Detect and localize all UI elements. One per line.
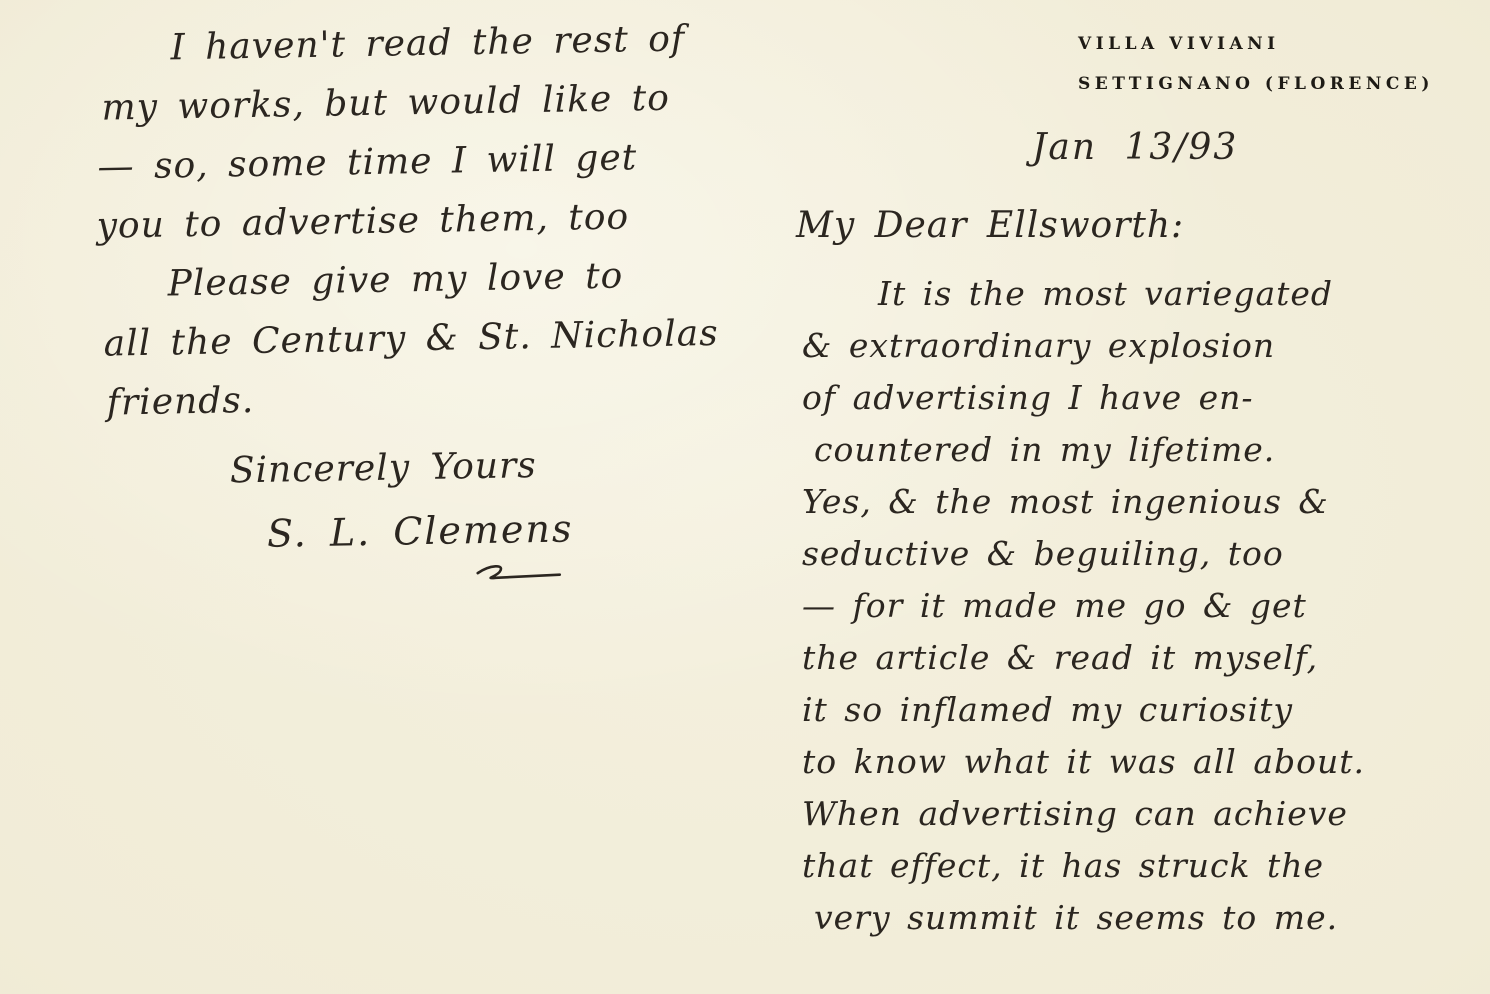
letter-line: Yes, & the most ingenious & [790, 476, 1470, 528]
letterhead: VILLA VIVIANI SETTIGNANO (FLORENCE) [790, 24, 1470, 104]
letter-left-page: I haven't read the rest of my works, but… [90, 8, 760, 596]
letter-line: all the Century & St. Nicholas [95, 303, 756, 374]
letter-line: to know what it was all about. [790, 736, 1470, 788]
letter-date: Jan 13/93 [790, 120, 1470, 176]
letterhead-villa-name: VILLA VIVIANI [1078, 24, 1470, 64]
letter-line: countered in my lifetime. [790, 424, 1470, 476]
letter-line: friends. [96, 362, 757, 433]
letter-line: the article & read it myself, [790, 632, 1470, 684]
letter-line: of advertising I have en- [790, 372, 1470, 424]
closing-valediction: Sincerely Yours [97, 431, 758, 505]
letter-body: It is the most variegated & extraordinar… [790, 268, 1470, 944]
salutation: My Dear Ellsworth: [790, 198, 1470, 254]
letter-line: very summit it seems to me. [790, 892, 1470, 944]
letter-line: that effect, it has struck the [790, 840, 1470, 892]
letterhead-location: SETTIGNANO (FLORENCE) [1078, 64, 1470, 104]
letter-line: & extraordinary explosion [790, 320, 1470, 372]
letter-line: — for it made me go & get [790, 580, 1470, 632]
letter-line: When advertising can achieve [790, 788, 1470, 840]
letter-right-page: VILLA VIVIANI SETTIGNANO (FLORENCE) Jan … [790, 24, 1470, 944]
letter-line: my works, but would like to [91, 67, 752, 138]
letter-line: It is the most variegated [790, 268, 1470, 320]
letter-line: seductive & beguiling, too [790, 528, 1470, 580]
letter-line: it so inflamed my curiosity [790, 684, 1470, 736]
signature: S. L. Clemens [98, 493, 759, 569]
